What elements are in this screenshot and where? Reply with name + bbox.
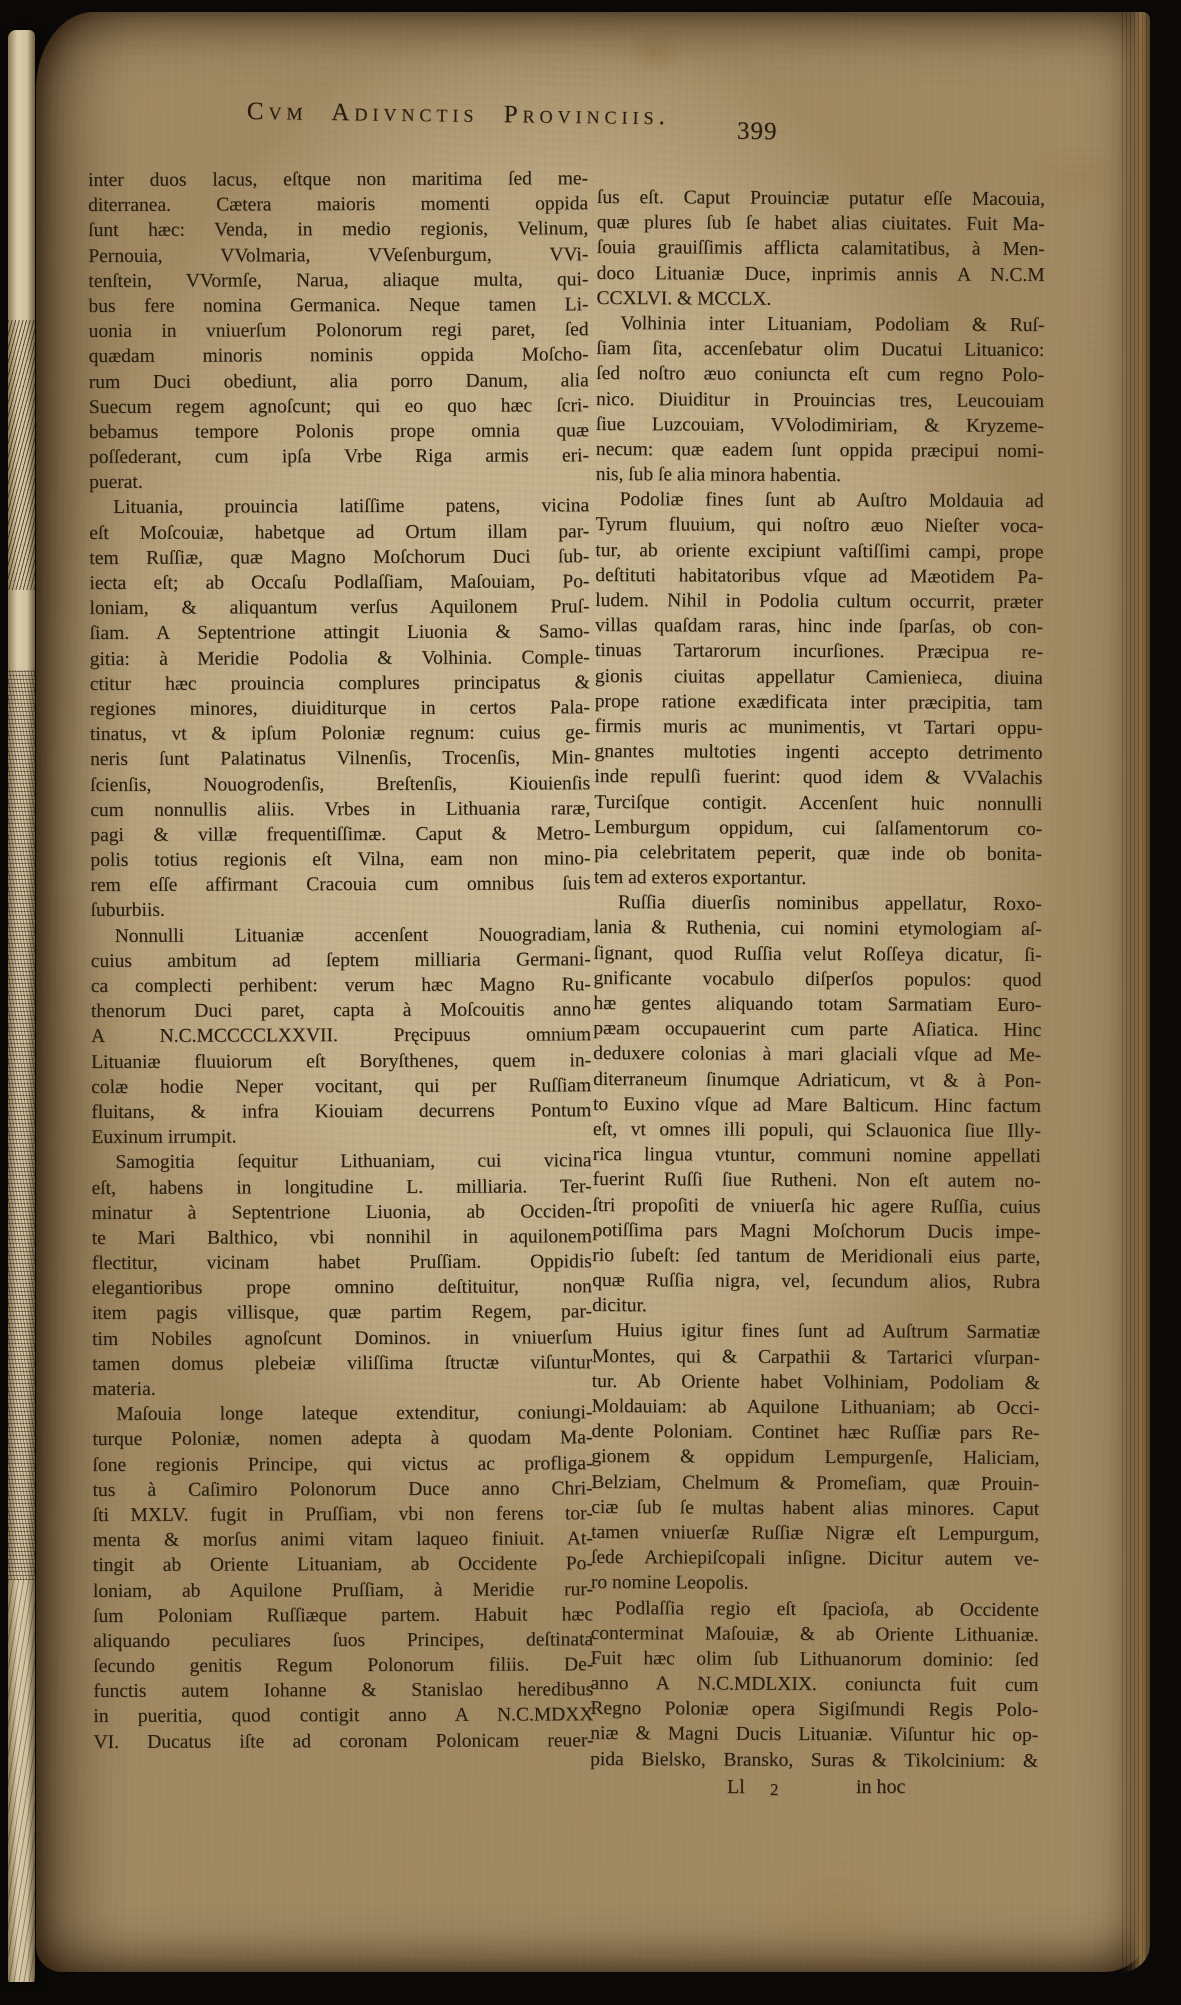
text-line: Lemburgum oppidum, cui ſalſamentorum co- [594,815,1042,842]
text-line: rica lingua vtuntur, communi nomine appe… [593,1142,1041,1169]
previous-page-edge [8,30,35,1982]
text-line: tamen vniuerſæ Ruſſiæ Nigræ eſt Lempurgu… [591,1520,1039,1547]
text-line: pæam occupauerint cum parte Aſiatica. Hi… [593,1016,1041,1043]
text-line: ſecundo genitis Regum Polonorum filiis. … [93,1652,593,1679]
text-line: nis, ſub ſe alia minora habentia. [596,462,1044,489]
paragraph: Nonnulli Lituaniæ accenſent Nouogradiam,… [91,922,592,1150]
text-line: Podoliæ fines ſunt ab Auſtro Moldauia ad… [596,487,1044,514]
text-line: anno A N.C.MDLXIX. coniuncta fuit cum [590,1671,1038,1698]
text-line: Tyrum fluuium, qui noſtro æuo Nieſter vo… [595,512,1043,539]
text-line: uonia in vniuerſum Polonorum regi paret,… [89,317,589,344]
text-line: loniam, & aliquantum verſus Aquilonem Pr… [89,594,589,621]
text-line: ro nomine Leopolis. [591,1570,1039,1597]
text-line: poſſederant, cum ipſa Vrbe Riga armis er… [89,443,589,470]
text-line: Lituania, prouincia latiſſime patens, vi… [89,494,589,521]
text-line: dicitur. [592,1293,1040,1320]
text-line: ſtri propoſiti de vniuerſa hic agere Ruſ… [592,1192,1040,1219]
text-line: firmis muris ac munimentis, vt Tartari o… [595,714,1043,741]
paragraph: Volhinia inter Lituaniam, Podoliam & Ruſ… [596,311,1045,489]
catchword: in hoc [856,1776,905,1799]
text-line: eſt, vt omnes illi populi, qui Sclauonic… [593,1117,1041,1144]
text-line: ciæ ſub ſe multas habent alias minores. … [591,1495,1039,1522]
text-line: tem Ruſſiæ, quæ Magno Moſchorum Duci ſub… [89,544,589,571]
text-line: iecta eſt; ab Occaſu Podlaſſiam, Maſouia… [89,569,589,596]
text-line: ludem. Nihil in Podolia cultum occurrit,… [595,588,1043,615]
text-line: Moldauiam: ab Aquilone Lithuaniam; ab Oc… [592,1394,1040,1421]
text-line: ſouia grauiſſimis afflicta calamitatibus… [597,235,1045,262]
text-line: colæ hodie Neper vocitant, qui per Ruſſi… [91,1073,591,1100]
text-line: doco Lituaniæ Duce, inprimis annis A N.C… [597,261,1045,288]
text-line: rum Duci obediunt, alia porro Danum, ali… [89,368,589,395]
paragraph: inter duos lacus, eſtque non maritima ſe… [88,166,589,495]
text-line: aliquando peculiares ſuos Principes, deſ… [93,1627,593,1654]
text-line: Samogitia ſequitur Lithuaniam, cui vicin… [91,1149,591,1176]
text-line: Suecum regem agnoſcunt; qui eo quo hæc ſ… [89,393,589,420]
text-line: gnificante vocabulo diſperſos populos: q… [593,966,1041,993]
paragraph: Podoliæ fines ſunt ab Auſtro Moldauia ad… [594,487,1044,892]
text-line: lania & Ruthenia, cui nomini etymologiam… [594,915,1042,942]
text-line: necum: quæ eadem ſunt oppida præcipui no… [596,437,1044,464]
engraving-fragment [8,670,35,1580]
text-line: villas quaſdam raras, hinc inde ſparſas,… [595,613,1043,640]
text-line: tamen domus plebeiæ viliſſima ſtructæ vi… [92,1350,592,1377]
text-line: thenorum Duci paret, capta à Moſcouitis … [91,997,591,1024]
text-line: ſti MXLV. fugit in Pruſſiam, vbi non fer… [93,1501,593,1528]
text-line: pagi & villæ frequentiſſimæ. Caput & Met… [90,821,590,848]
text-line: minatur à Septentrione Liuonia, ab Occid… [92,1199,592,1226]
text-line: ſus eſt. Caput Prouinciæ putatur eſſe Ma… [597,185,1045,212]
text-line: deduxere colonias à mari glaciali vſque … [593,1041,1041,1068]
text-line: Turciſque contigit. Accenſent huic nonnu… [594,789,1042,816]
text-line: fuerint Ruſſi ſiue Rutheni. Non eſt aute… [593,1167,1041,1194]
text-line: ſed noſtro æuo coniuncta eſt cum regno P… [596,361,1044,388]
text-line: bebamus tempore Polonis prope omnia quæ [89,418,589,445]
text-line: quædam minoris nominis oppida Moſcho- [89,343,589,370]
text-line: tur. Ab Oriente habet Volhiniam, Podolia… [592,1369,1040,1396]
engraving-fragment [8,1580,35,1982]
text-line: Ruſſia diuerſis nominibus appellatur, Ro… [594,890,1042,917]
text-line: deſtituti habitatoribus vſque ad Mæotide… [595,563,1043,590]
text-line: rio ſubeſt: ſed tantum de Meridionali ei… [592,1243,1040,1270]
text-line: Montes, qui & Carpathii & Tartarici vſur… [592,1344,1040,1371]
text-line: ſignant, quod Ruſſia velut Roſſeya dicat… [594,941,1042,968]
text-line: fluitans, & infra Kiouiam decurrens Pont… [91,1098,591,1125]
paragraph: Ruſſia diuerſis nominibus appellatur, Ro… [592,890,1042,1320]
text-line: to Euxino vſque ad Mare Balticum. Hinc f… [593,1092,1041,1119]
text-line: ſcienſis, Nouogrodenſis, Breſtenſis, Kio… [90,771,590,798]
page-edge-right [1122,12,1150,1972]
text-line: turque Poloniæ, nomen adepta à quodam Ma… [92,1426,592,1453]
text-line: tur, ab oriente excipiunt vaſtiſſimi cam… [595,538,1043,565]
text-line: A N.C.MCCCCLXXVII. Pręcipuus omnium [91,1023,591,1050]
text-line: tim Nobiles agnoſcunt Dominos. in vniuer… [92,1325,592,1352]
text-line: materia. [92,1375,592,1402]
text-line: niæ & Magni Ducis Lituaniæ. Viſuntur hic… [590,1721,1038,1748]
text-line: Volhinia inter Lituaniam, Podoliam & Ruſ… [596,311,1044,338]
text-line: Nonnulli Lituaniæ accenſent Nouogradiam, [91,922,591,949]
text-line: item pagis villisque, quæ partim Regem, … [92,1300,592,1327]
scanned-book-page: Cvm Adivnctis Provinciis. 399 inter duos… [0,0,1181,2005]
book-page: Cvm Adivnctis Provinciis. 399 inter duos… [36,12,1150,1972]
text-line: Podlaſſia regio eſt ſpacioſa, ab Occiden… [591,1595,1039,1622]
text-line: loniam, ab Aquilone Pruſſiam, à Meridie … [93,1577,593,1604]
text-line: tem ad exteros exportantur. [594,865,1042,892]
paragraph: Maſouia longe lateque extenditur, coniun… [92,1400,593,1754]
text-line: Maſouia longe lateque extenditur, coniun… [92,1400,592,1427]
text-line: ſiue Luzcouiam, VVolodimiriam, & Kryzeme… [596,412,1044,439]
text-line: pida Bielsko, Bransko, Suras & Tikolcini… [590,1747,1038,1774]
text-line: nico. Diuiditur in Prouincias tres, Leuc… [596,386,1044,413]
text-line: menta & morſus animi vitam laqueo finiui… [93,1526,593,1553]
text-line: pia celebritatem peperit, quæ inde ob bo… [594,840,1042,867]
text-line: ſunt hæc: Venda, in medio regionis, Veli… [88,217,588,244]
text-line: gitia: à Meridie Podolia & Volhinia. Com… [90,645,590,672]
text-line: ſuburbiis. [91,897,591,924]
text-line: ctitur hæc prouincia complures principat… [90,670,590,697]
text-line: tus à Caſimiro Polonorum Duce anno Chri- [93,1476,593,1503]
text-line: tinuas Tartarorum incurſiones. Præcipua … [595,638,1043,665]
text-line: CCXLVI. & MCCLX. [596,286,1044,313]
text-column-left: inter duos lacus, eſtque non maritima ſe… [88,166,594,1755]
text-line: gionis ciuitas appellatur Camienieca, di… [595,664,1043,691]
text-line: Euxinum irrumpit. [91,1123,591,1150]
text-line: inde repulſi fuerint: quod idem & VValac… [594,764,1042,791]
text-line: VI. Ducatus iſte ad coronam Polonicam re… [93,1728,593,1755]
text-line: Lituaniæ fluuiorum eſt Boryſthenes, quem… [91,1048,591,1075]
text-line: eſt, habens in longitudine L. milliaria.… [92,1174,592,1201]
text-line: gnantes multoties ingenti accepto detrim… [594,739,1042,766]
paragraph: Podlaſſia regio eſt ſpacioſa, ab Occiden… [590,1595,1039,1773]
text-line: polis totius regionis eſt Vilna, eam non… [90,846,590,873]
text-line: quæ Ruſſia nigra, vel, ſecundum alios, R… [592,1268,1040,1295]
text-line: cuius ambitum ad ſeptem milliaria German… [91,947,591,974]
running-header: Cvm Adivnctis Provinciis. [247,98,717,132]
paragraph: Lituania, prouincia latiſſime patens, vi… [89,494,590,924]
paragraph: Huius igitur fines ſunt ad Auſtrum Sarma… [591,1318,1040,1597]
page-number: 399 [737,118,778,146]
engraving-fragment [8,320,35,590]
text-line: Regno Poloniæ opera Sigiſmundi Regis Pol… [590,1696,1038,1723]
signature-mark: Ll [727,1776,745,1799]
text-line: conterminat Maſouiæ, & ab Oriente Lithua… [591,1621,1039,1648]
text-line: bus fere nomina Germanica. Neque tamen L… [88,292,588,319]
paragraph: ſus eſt. Caput Prouinciæ putatur eſſe Ma… [596,185,1045,313]
text-line: dente Poloniam. Continet hæc Ruſſiæ pars… [592,1419,1040,1446]
paragraph: Samogitia ſequitur Lithuaniam, cui vicin… [91,1149,592,1403]
text-line: quæ plures ſub ſe habet alias ciuitates.… [597,210,1045,237]
text-line: gionem & oppidum Lempurgenſe, Haliciam, [591,1444,1039,1471]
text-line: tingit ab Oriente Lituaniam, ab Occident… [93,1552,593,1579]
text-line: neris ſunt Palatinatus Vilnenſis, Trocen… [90,746,590,773]
text-line: regiones minores, diuiditurque in certos… [90,695,590,722]
text-line: rem eſſe affirmant Cracouia cum omnibus … [90,872,590,899]
text-line: ca complecti perhibent: verum hæc Magno … [91,972,591,999]
text-line: elegantioribus prope omnino deſtituitur,… [92,1274,592,1301]
text-line: potiſſima pars Magni Moſchorum Ducis imp… [592,1218,1040,1245]
text-line: Pernouia, VVolmaria, VVeſenburgum, VVi- [88,242,588,269]
text-line: tenſtein, VVormſe, Narua, aliaque multa,… [88,267,588,294]
text-line: in pueritia, quod contigit anno A N.C.MD… [93,1703,593,1730]
text-column-right: ſus eſt. Caput Prouinciæ putatur eſſe Ma… [590,185,1045,1774]
text-line: ſum Poloniam Ruſſiæque partem. Habuit hæ… [93,1602,593,1629]
text-line: Belziam, Chelmum & Promeſiam, quæ Prouin… [591,1470,1039,1497]
text-line: eſt Moſcouiæ, habetque ad Ortum illam pa… [89,519,589,546]
text-line: ſone regionis Principe, qui victus ac pr… [92,1451,592,1478]
text-line: hæ gentes aliquando totam Sarmatiam Euro… [593,991,1041,1018]
text-line: Fuit hæc olim ſub Lithuanorum dominio: ſ… [591,1646,1039,1673]
text-line: te Mari Balthico, vbi nonnihil in aquilo… [92,1224,592,1251]
text-line: functis autem Iohanne & Stanislao heredi… [93,1677,593,1704]
text-line: puerat. [89,469,589,496]
text-line: prope ratione exædificata inter præcipit… [595,689,1043,716]
signature-number: 2 [770,1780,779,1800]
text-line: tinatus, vt & ipſum Poloniæ regnum: cuiu… [90,720,590,747]
text-line: cum nonnullis aliis. Vrbes in Lithuania … [90,796,590,823]
text-line: ſiam. A Septentrione attingit Liuonia & … [90,620,590,647]
text-line: flectitur, vicinam habet Pruſſiam. Oppid… [92,1249,592,1276]
text-line: diterraneum ſinumque Adriaticum, vt & à … [593,1067,1041,1094]
text-line: inter duos lacus, eſtque non maritima ſe… [88,166,588,193]
text-line: ſede Archiepiſcopali inſigne. Dicitur au… [591,1545,1039,1572]
text-line: diterranea. Cætera maioris momenti oppid… [88,191,588,218]
text-line: ſiam ſita, accenſebatur olim Ducatui Lit… [596,336,1044,363]
text-line: Huius igitur fines ſunt ad Auſtrum Sarma… [592,1318,1040,1345]
